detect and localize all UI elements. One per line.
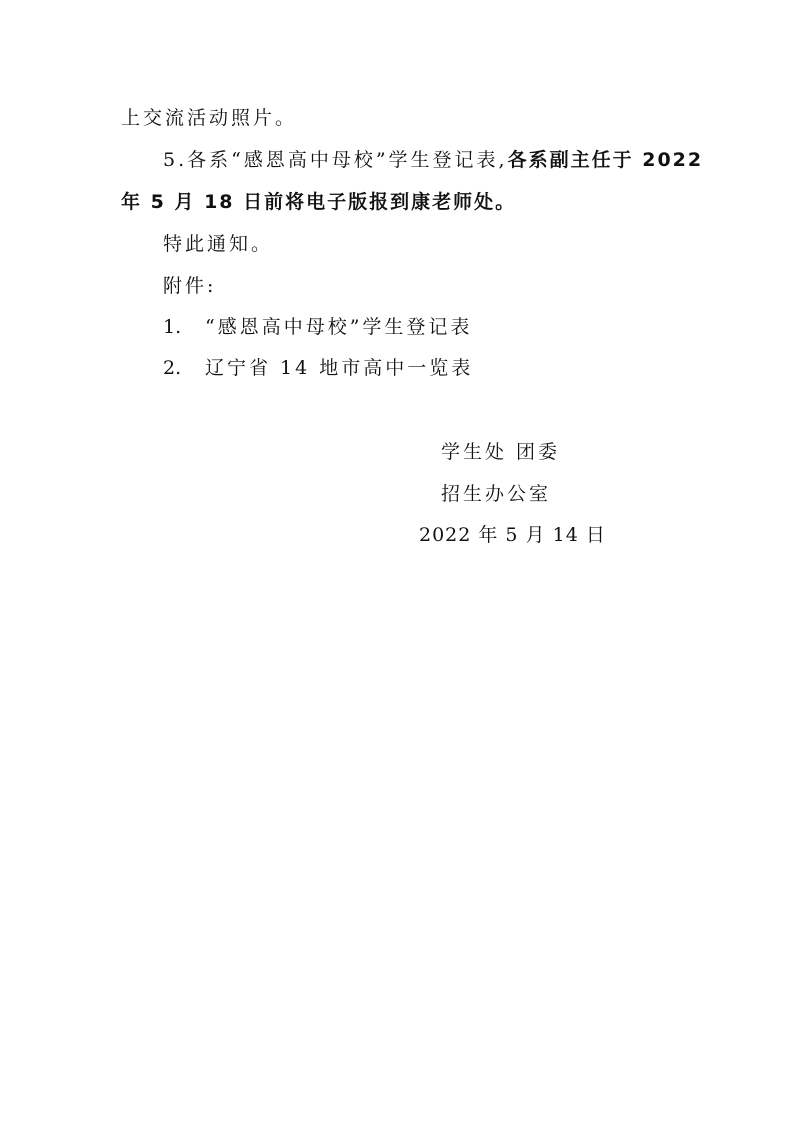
signature-office: 招生办公室	[441, 482, 551, 506]
attachment-item-2: 2.辽宁省 14 地市高中一览表	[163, 356, 473, 380]
paragraph-continuation: 上交流活动照片。	[121, 106, 297, 130]
signature-department: 学生处 团委	[441, 440, 560, 464]
attachments-heading: 附件:	[163, 274, 216, 298]
signature-date: 2022 年 5 月 14 日	[419, 523, 606, 547]
attachment-title: 辽宁省 14 地市高中一览表	[205, 357, 473, 379]
item-5-text: 5.各系“感恩高中母校”学生登记表,	[163, 149, 508, 171]
closing-notice: 特此通知。	[163, 232, 273, 256]
attachment-number: 2.	[163, 356, 205, 380]
paragraph-item-5: 5.各系“感恩高中母校”学生登记表,各系副主任于 2022	[163, 148, 703, 172]
attachment-item-1: 1.“感恩高中母校”学生登记表	[163, 315, 472, 339]
attachment-title: “感恩高中母校”学生登记表	[205, 316, 472, 338]
item-5-emphasis-continued: 年 5 月 18 日前将电子版报到康老师处。	[121, 190, 516, 214]
item-5-emphasis: 各系副主任于 2022	[508, 149, 704, 171]
attachment-number: 1.	[163, 315, 205, 339]
